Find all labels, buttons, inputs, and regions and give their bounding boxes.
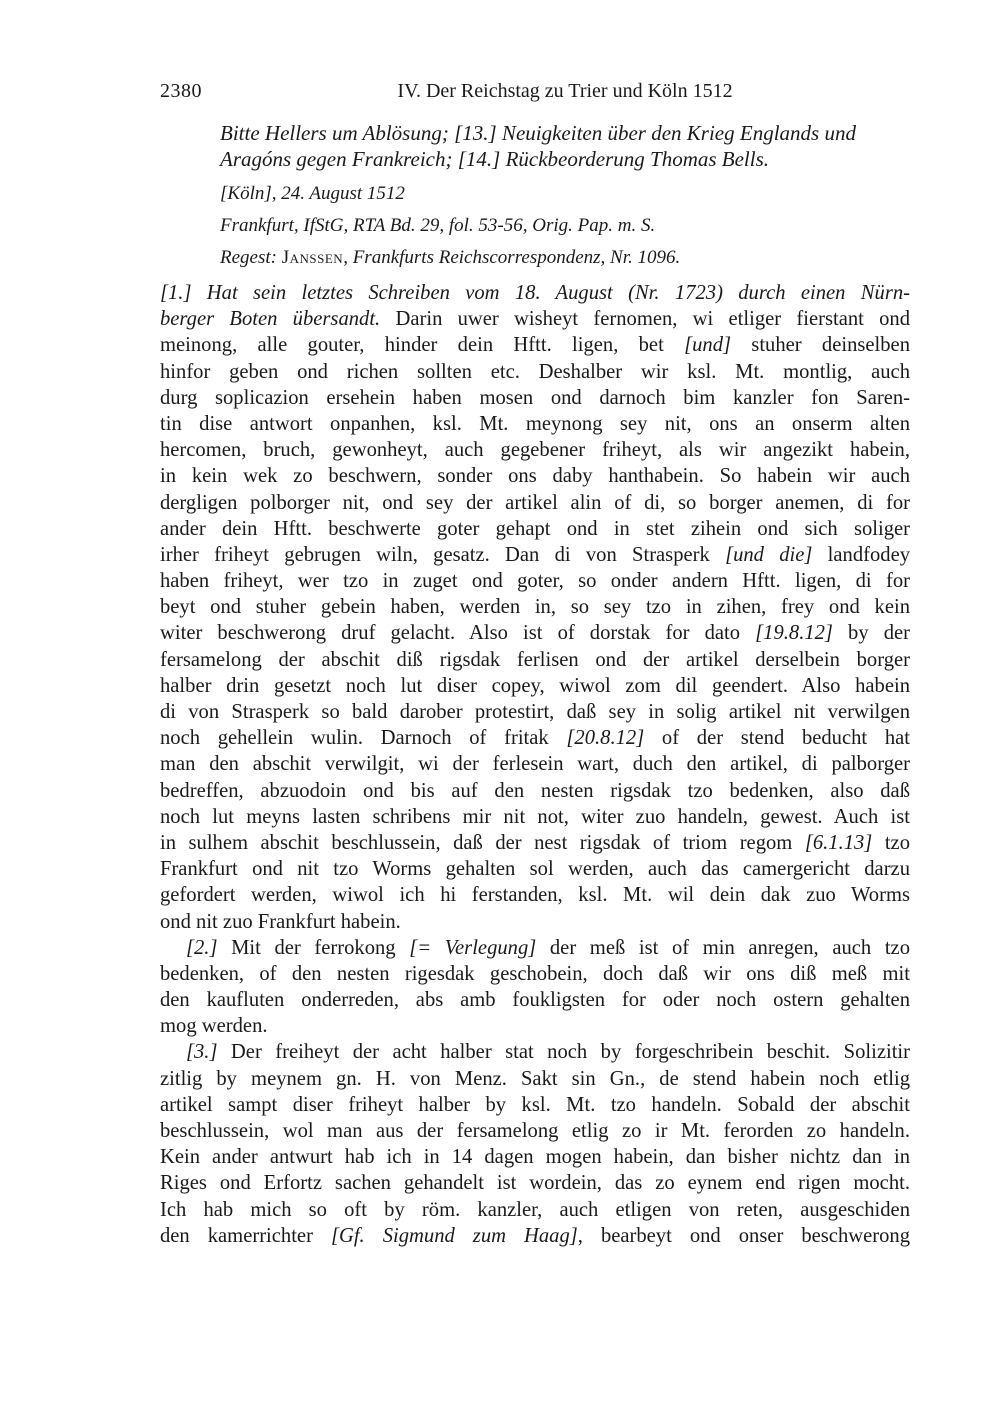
editorial-italic-text: [und] [684,334,731,356]
source-text: beyt ond stuher gebein haben, werden in,… [160,596,910,618]
text-line: Kein ander antwurt hab ich in 14 dagen m… [160,1144,910,1170]
source-text: bedreffen, abzuodoin ond bis auf den nes… [160,780,910,802]
text-line: den kamerrichter [Gf. Sigmund zum Haag],… [160,1223,910,1249]
paragraph-1: [1.] Hat sein letztes Schreiben vom 18. … [160,280,910,935]
source-text: zitlig by meynem gn. H. von Menz. Sakt s… [160,1068,910,1090]
text-line: man den abschit verwilgit, wi der ferles… [160,751,910,777]
text-line: [3.] Der freiheyt der acht halber stat n… [160,1039,910,1065]
source-text: , bearbeyt ond onser beschwerong [578,1225,910,1247]
source-text: tin dise antwort onpanhen, ksl. Mt. meyn… [160,413,910,435]
source-text: den kaufluten onderreden, abs amb foukli… [160,989,910,1011]
text-line: in sulhem abschit beschlussein, daß der … [160,830,910,856]
source-text: haben friheyt, wer tzo in zuget ond gote… [160,570,910,592]
summary-line: Aragóns gegen Frankreich; [14.] Rückbeor… [220,146,912,172]
text-line: in kein wek zo beschwern, sonder ons dab… [160,463,910,489]
editorial-italic-text: [2.] [186,937,217,959]
text-line: fersamelong der abschit diß rigsdak ferl… [160,647,910,673]
source-text: landfodey [812,544,910,566]
text-line: Frankfurt ond nit tzo Worms gehalten sol… [160,856,910,882]
source-text: gefordert werden, wiwol ich hi ferstande… [160,884,910,906]
edition-body-text: [1.] Hat sein letztes Schreiben vom 18. … [160,280,910,1249]
source-text: durg soplicazion ersehein haben mosen on… [160,387,910,409]
source-text: Riges ond Erfortz sachen gehandelt ist w… [160,1172,910,1194]
text-line: halber drin gesetzt noch lut diser copey… [160,673,910,699]
paragraph-2: [2.] Mit der ferrokong [= Verlegung] der… [160,935,910,1040]
source-text: halber drin gesetzt noch lut diser copey… [160,675,910,697]
source-text: Mit der ferrokong [217,937,409,959]
text-line: bedenken, of den nesten rigesdak geschob… [160,961,910,987]
summary-line: Bitte Hellers um Ablösung; [13.] Neuigke… [220,120,912,146]
regest-author: Janssen [282,247,343,268]
source-text: den kamerrichter [160,1225,331,1247]
source-text: di von Strasperk so bald darober protest… [160,701,910,723]
text-line: zitlig by meynem gn. H. von Menz. Sakt s… [160,1066,910,1092]
running-title: IV. Der Reichstag zu Trier und Köln 1512 [160,80,910,103]
source-text: witer beschwerong druf gelacht. Also ist… [160,622,755,644]
source-text: of der stend beducht hat [644,727,910,749]
source-text: beschlussein, wol man aus der fersamelon… [160,1120,910,1142]
source-text: irher friheyt gebrugen wiln, gesatz. Dan… [160,544,725,566]
paragraph-3: [3.] Der freiheyt der acht halber stat n… [160,1039,910,1249]
source-text: Der freiheyt der acht halber stat noch b… [217,1041,910,1063]
date-place: [Köln], 24. August 1512 [220,183,405,205]
text-line: Riges ond Erfortz sachen gehandelt ist w… [160,1170,910,1196]
source-text: man den abschit verwilgit, wi der ferles… [160,753,910,775]
source-text: by der [833,622,910,644]
text-line: berger Boten übersandt. Darin uwer wishe… [160,306,910,332]
text-line: hinfor geben ond richen sollten etc. Des… [160,359,910,385]
source-text: stuher deinselben [731,334,910,356]
text-line: di von Strasperk so bald darober protest… [160,699,910,725]
text-line: ond nit zuo Frankfurt habein. [160,909,910,935]
text-line: artikel sampt diser friheyt halber by ks… [160,1092,910,1118]
text-line: dergligen polborger nit, ond sey der art… [160,490,910,516]
editorial-italic-text: [3.] [186,1041,217,1063]
regest-label: Regest: [220,247,277,268]
source-text: Kein ander antwurt hab ich in 14 dagen m… [160,1146,910,1168]
archival-source: Frankfurt, IfStG, RTA Bd. 29, fol. 53-56… [220,215,655,237]
source-text: bedenken, of den nesten rigesdak geschob… [160,963,910,985]
source-text: tzo [872,832,910,854]
source-text: der meß ist of min anregen, auch tzo [536,937,910,959]
text-line: bedreffen, abzuodoin ond bis auf den nes… [160,778,910,804]
source-text: noch gehellein wulin. Darnoch of fritak [160,727,566,749]
editorial-italic-text: [= Verlegung] [409,937,536,959]
source-text: dergligen polborger nit, ond sey der art… [160,492,910,514]
editorial-italic-text: [19.8.12] [755,622,833,644]
source-text: fersamelong der abschit diß rigsdak ferl… [160,649,910,671]
source-text: meinong, alle gouter, hinder dein Hftt. … [160,334,684,356]
source-text: artikel sampt diser friheyt halber by ks… [160,1094,910,1116]
regest-reference: Regest: Janssen, Frankfurts Reichscorres… [220,247,680,269]
text-line: hercomen, bruch, gewonheyt, auch gegeben… [160,437,910,463]
source-text: noch lut meyns lasten schribens mir nit … [160,806,910,828]
text-line: beschlussein, wol man aus der fersamelon… [160,1118,910,1144]
editorial-italic-text: [20.8.12] [566,727,644,749]
source-text: in kein wek zo beschwern, sonder ons dab… [160,465,910,487]
regest-title: , Frankfurts Reichscorrespondenz, Nr. 10… [343,247,680,268]
text-line: [1.] Hat sein letztes Schreiben vom 18. … [160,280,910,306]
text-line: tin dise antwort onpanhen, ksl. Mt. meyn… [160,411,910,437]
text-line: noch gehellein wulin. Darnoch of fritak … [160,725,910,751]
page-header: 2380 IV. Der Reichstag zu Trier und Köln… [160,80,910,108]
editorial-italic-text: berger Boten übersandt. [160,308,380,330]
source-text: ond nit zuo Frankfurt habein. [160,911,401,933]
text-line: den kaufluten onderreden, abs amb foukli… [160,987,910,1013]
text-line: noch lut meyns lasten schribens mir nit … [160,804,910,830]
source-text: Ich hab mich so oft by röm. kanzler, auc… [160,1199,910,1221]
document-summary: Bitte Hellers um Ablösung; [13.] Neuigke… [220,120,912,172]
source-text: ander dein Hftt. beschwerte goter gehapt… [160,518,910,540]
text-line: meinong, alle gouter, hinder dein Hftt. … [160,332,910,358]
source-text: hinfor geben ond richen sollten etc. Des… [160,361,910,383]
source-text: in sulhem abschit beschlussein, daß der … [160,832,805,854]
source-text: Darin uwer wisheyt fernomen, wi etliger … [380,308,910,330]
text-line: mog werden. [160,1013,910,1039]
source-text: hercomen, bruch, gewonheyt, auch gegeben… [160,439,910,461]
text-line: durg soplicazion ersehein haben mosen on… [160,385,910,411]
text-line: irher friheyt gebrugen wiln, gesatz. Dan… [160,542,910,568]
text-line: haben friheyt, wer tzo in zuget ond gote… [160,568,910,594]
source-text: mog werden. [160,1015,268,1037]
text-line: witer beschwerong druf gelacht. Also ist… [160,620,910,646]
editorial-italic-text: [Gf. Sigmund zum Haag] [331,1225,578,1247]
text-line: Ich hab mich so oft by röm. kanzler, auc… [160,1197,910,1223]
source-text: Frankfurt ond nit tzo Worms gehalten sol… [160,858,910,880]
text-line: gefordert werden, wiwol ich hi ferstande… [160,882,910,908]
editorial-italic-text: [6.1.13] [805,832,873,854]
text-line: [2.] Mit der ferrokong [= Verlegung] der… [160,935,910,961]
text-line: beyt ond stuher gebein haben, werden in,… [160,594,910,620]
editorial-italic-text: [1.] Hat sein letztes Schreiben vom 18. … [160,282,910,304]
editorial-italic-text: [und die] [725,544,812,566]
text-line: ander dein Hftt. beschwerte goter gehapt… [160,516,910,542]
